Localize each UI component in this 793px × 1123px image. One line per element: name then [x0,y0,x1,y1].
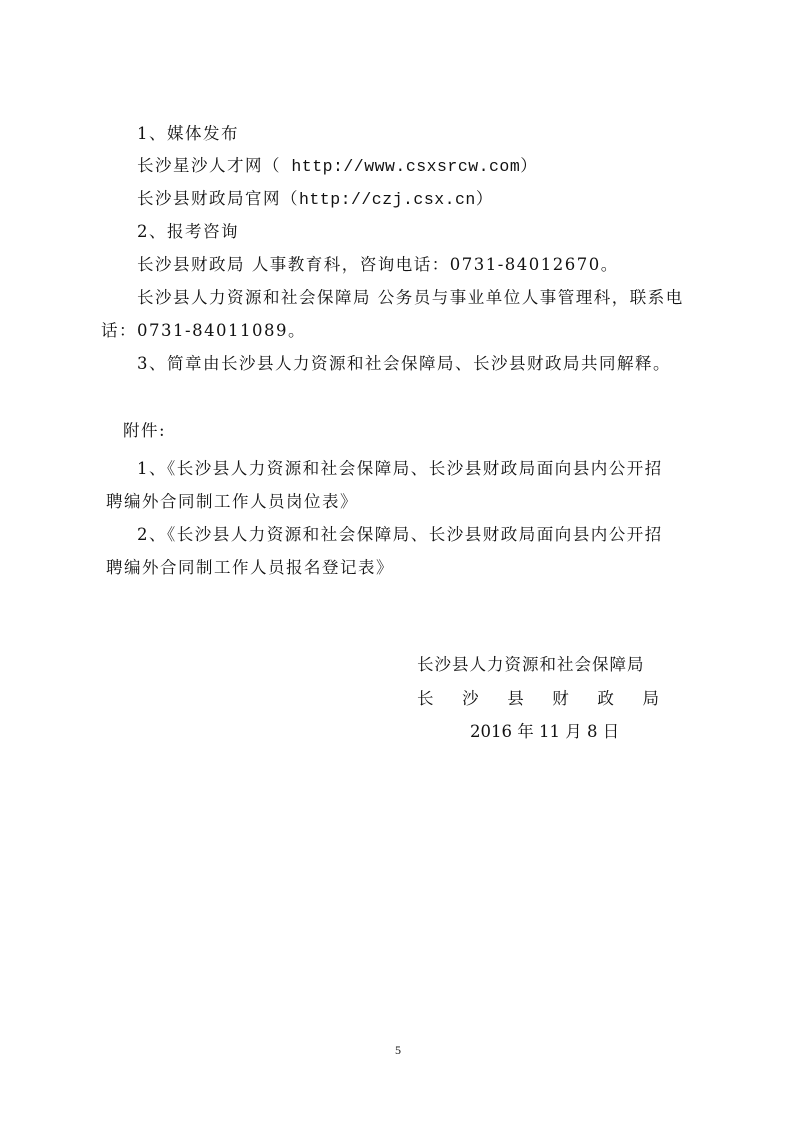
consult-heading: 2、报考咨询 [137,222,239,242]
attachment-2-line-a: 2、《长沙县人力资源和社会保障局、长沙县财政局面向县内公开招 [137,525,663,545]
site-url: http://czj.csx.cn [299,190,476,209]
site-name: 长沙星沙人才网（ [137,156,281,175]
media-heading: 1、媒体发布 [137,124,239,144]
consult-line-1: 长沙县财政局 人事教育科，咨询电话：0731-84012670。 [137,255,619,275]
attachments-label: 附件: [123,421,166,441]
attachment-2-line-b: 聘编外合同制工作人员报名登记表》 [106,558,394,578]
consult-line-2a: 长沙县人力资源和社会保障局 公务员与事业单位人事管理科，联系电 [137,288,684,308]
media-site-1: 长沙星沙人才网（ http://www.csxsrcw.com） [137,156,538,177]
page-number: 5 [395,1043,401,1058]
site-url: http://www.csxsrcw.com [281,157,520,176]
paren-close: ） [476,189,494,208]
paren-close: ） [520,156,538,175]
media-site-2: 长沙县财政局官网（http://czj.csx.cn） [137,189,494,210]
attachment-1-line-b: 聘编外合同制工作人员岗位表》 [106,492,358,512]
explain-line: 3、简章由长沙县人力资源和社会保障局、长沙县财政局共同解释。 [137,354,671,374]
signature-date: 2016 年 11 月 8 日 [470,722,619,742]
signature-org-1: 长沙县人力资源和社会保障局 [417,655,645,675]
site-name: 长沙县财政局官网（ [137,189,299,208]
attachment-1-line-a: 1、《长沙县人力资源和社会保障局、长沙县财政局面向县内公开招 [137,459,663,479]
signature-org-2: 长 沙 县 财 政 局 [417,689,659,709]
consult-line-2b: 话：0731-84011089。 [101,321,306,341]
